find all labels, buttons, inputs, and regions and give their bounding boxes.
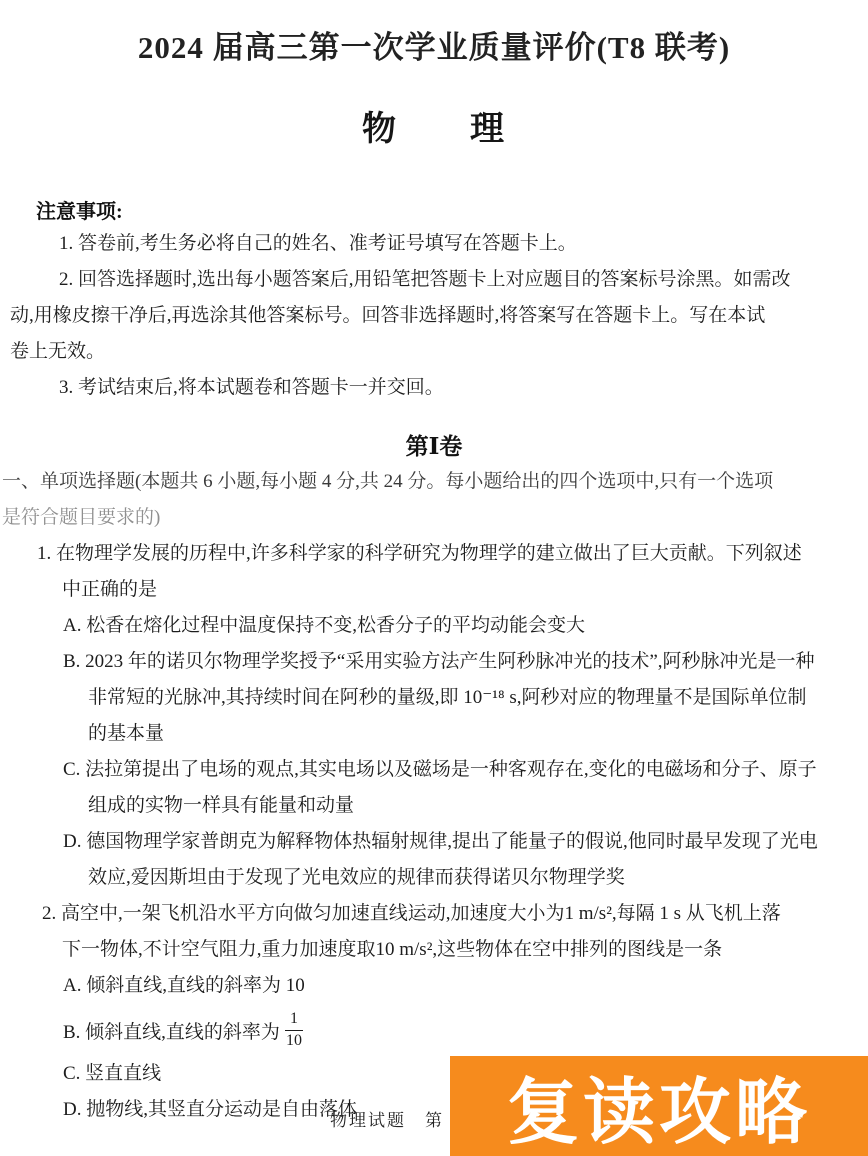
question-1-option-b-line: 的基本量 xyxy=(88,716,868,752)
notice-line: 卷上无效。 xyxy=(10,334,868,370)
section-heading-line: 是符合题目要求的) xyxy=(2,500,868,536)
exam-paper-page: 2024 届高三第一次学业质量评价(T8 联考) 物 理 注意事项: 1. 答卷… xyxy=(0,0,868,1156)
question-1-option-d-line: D. 德国物理学家普朗克为解释物体热辐射规律,提出了能量子的假说,他同时最早发现… xyxy=(63,824,868,860)
question-1-option-b-line: B. 2023 年的诺贝尔物理学奖授予“采用实验方法产生阿秒脉冲光的技术”,阿秒… xyxy=(63,644,868,680)
question-2-option-a-line: A. 倾斜直线,直线的斜率为 10 xyxy=(63,968,868,1004)
fraction: 1 10 xyxy=(285,1010,303,1050)
notice-heading: 注意事项: xyxy=(36,198,868,226)
option-b-text: B. 倾斜直线,直线的斜率为 xyxy=(63,1017,280,1044)
question-1-option-c-line: 组成的实物一样具有能量和动量 xyxy=(88,788,868,824)
question-1-option-d-line: 效应,爱因斯坦由于发现了光电效应的规律而获得诺贝尔物理学奖 xyxy=(88,860,868,896)
section-heading-line: 一、单项选择题(本题共 6 小题,每小题 4 分,共 24 分。每小题给出的四个… xyxy=(2,464,868,500)
question-1-stem-line: 中正确的是 xyxy=(62,572,868,608)
fraction-numerator: 1 xyxy=(285,1010,303,1030)
question-1-option-c-line: C. 法拉第提出了电场的观点,其实电场以及磁场是一种客观存在,变化的电磁场和分子… xyxy=(63,752,868,788)
question-1-stem-line: 1. 在物理学发展的历程中,许多科学家的科学研究为物理学的建立做出了巨大贡献。下… xyxy=(37,536,868,572)
notice-line: 1. 答卷前,考生务必将自己的姓名、准考证号填写在答题卡上。 xyxy=(59,226,868,262)
page-title: 2024 届高三第一次学业质量评价(T8 联考) xyxy=(0,22,868,67)
question-2-stem-line: 2. 高空中,一架飞机沿水平方向做匀加速直线运动,加速度大小为1 m/s²,每隔… xyxy=(42,896,868,932)
promo-banner: 复读攻略 xyxy=(450,1056,868,1156)
question-1-option-b-line: 非常短的光脉冲,其持续时间在阿秒的量级,即 10⁻¹⁸ s,阿秒对应的物理量不是… xyxy=(88,680,868,716)
notice-line: 3. 考试结束后,将本试题卷和答题卡一并交回。 xyxy=(59,370,868,406)
fraction-denominator: 10 xyxy=(285,1031,303,1050)
volume-title: 第Ⅰ卷 xyxy=(0,430,868,464)
notice-line: 动,用橡皮擦干净后,再选涂其他答案标号。回答非选择题时,将答案写在答题卡上。写在… xyxy=(10,298,868,334)
question-2-option-b-line: B. 倾斜直线,直线的斜率为 1 10 xyxy=(63,1004,868,1056)
subject-title: 物 理 xyxy=(0,101,868,150)
question-2-stem-line: 下一物体,不计空气阻力,重力加速度取10 m/s²,这些物体在空中排列的图线是一… xyxy=(62,932,868,968)
question-1-option-a-line: A. 松香在熔化过程中温度保持不变,松香分子的平均动能会变大 xyxy=(63,608,868,644)
page-footer: 物理试题 第 xyxy=(330,1106,444,1131)
notice-line: 2. 回答选择题时,选出每小题答案后,用铅笔把答题卡上对应题目的答案标号涂黑。如… xyxy=(59,262,868,298)
